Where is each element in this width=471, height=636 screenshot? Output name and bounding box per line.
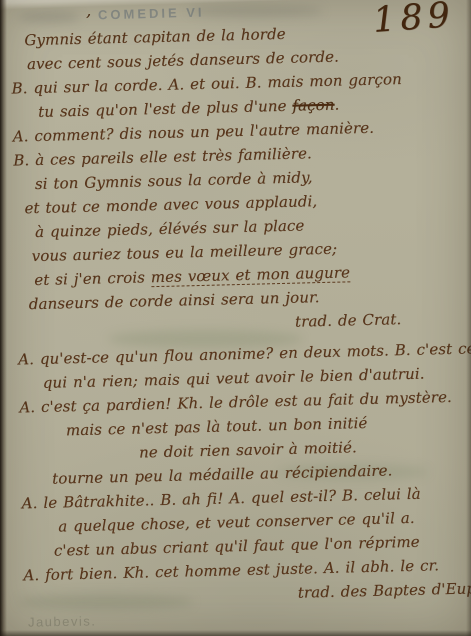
library-stamp: COMEDIE VI	[98, 5, 205, 23]
paper-bottom-edge	[0, 630, 471, 636]
text-segment: Gymnis étant capitan de la horde	[24, 25, 286, 49]
text-segment: ne doit rien savoir à moitié.	[139, 438, 357, 461]
text-segment: à quinze pieds, élévés sur la place	[35, 216, 305, 241]
ink-showthrough-smudge	[188, 5, 323, 17]
ink-showthrough-smudge	[18, 11, 80, 23]
paper-right-edge	[466, 0, 471, 636]
text-segment: trad. des Baptes d'Eup.	[298, 579, 471, 601]
text-segment: trad. de Crat.	[295, 310, 402, 331]
collection-stamp: Jaubevis.	[28, 613, 97, 629]
manuscript-text: Gymnis étant capitan de la hordeavec cen…	[6, 17, 471, 611]
binding-edge	[0, 0, 7, 636]
text-segment-underline: mes vœux et mon augure	[151, 263, 351, 287]
manuscript-scan: COMEDIE VI , 189 Gymnis étant capitan de…	[0, 0, 471, 636]
text-segment-strike: façon	[292, 96, 335, 115]
text-segment: danseurs de corde ainsi sera un jour.	[29, 288, 320, 313]
ink-comma-mark: ,	[86, 1, 91, 21]
text-segment: tu sais qu'on l'est de plus d'une	[38, 97, 293, 121]
text-segment: .	[334, 96, 339, 114]
text-segment: et si j'en crois	[34, 268, 151, 289]
